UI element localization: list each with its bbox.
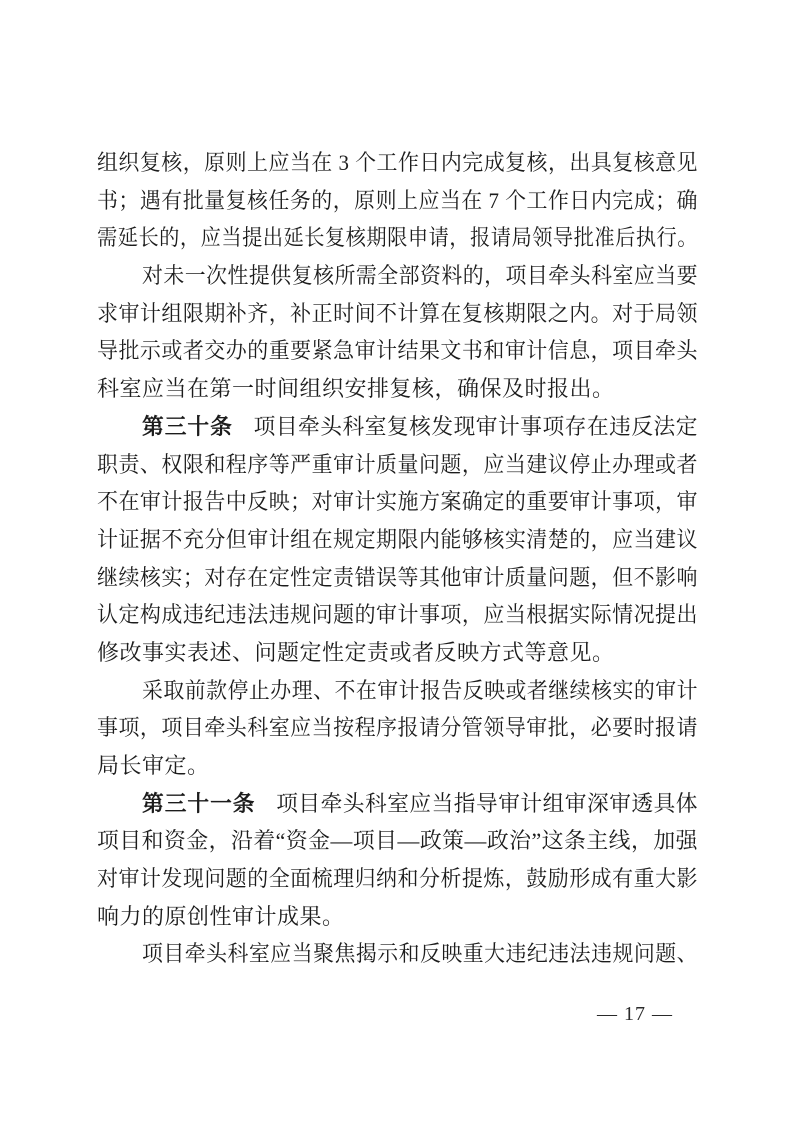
text-line: 采取前款停止办理、不在审计报告反映或者继续核实的审计 xyxy=(97,672,698,710)
text-line: 继续核实；对存在定性定责错误等其他审计质量问题，但不影响 xyxy=(97,559,698,597)
text-line: 职责、权限和程序等严重审计质量问题，应当建议停止办理或者 xyxy=(97,446,698,484)
text-line: 需延长的，应当提出延长复核期限申请，报请局领导批准后执行。 xyxy=(97,219,698,257)
text-line: 对未一次性提供复核所需全部资料的，项目牵头科室应当要 xyxy=(97,257,698,295)
document-body: 组织复核，原则上应当在 3 个工作日内完成复核，出具复核意见书；遇有批量复核任务… xyxy=(97,144,698,973)
text-line: 书；遇有批量复核任务的，原则上应当在 7 个工作日内完成；确 xyxy=(97,182,698,220)
text-line: 导批示或者交办的重要紧急审计结果文书和审计信息，项目牵头 xyxy=(97,332,698,370)
document-page: 组织复核，原则上应当在 3 个工作日内完成复核，出具复核意见书；遇有批量复核任务… xyxy=(0,0,793,1122)
text-line: 计证据不充分但审计组在规定期限内能够核实清楚的，应当建议 xyxy=(97,521,698,559)
text-line: 项目牵头科室应当聚焦揭示和反映重大违纪违法违规问题、 xyxy=(97,935,698,973)
text-line: 认定构成违纪违法违规问题的审计事项，应当根据实际情况提出 xyxy=(97,596,698,634)
text-line: 求审计组限期补齐，补正时间不计算在复核期限之内。对于局领 xyxy=(97,295,698,333)
text-line: 修改事实表述、问题定性定责或者反映方式等意见。 xyxy=(97,634,698,672)
text-line: 响力的原创性审计成果。 xyxy=(97,898,698,936)
article-number: 第三十条 xyxy=(142,414,233,439)
page-number: — 17 — xyxy=(585,1000,685,1028)
text-line: 对审计发现问题的全面梳理归纳和分析提炼，鼓励形成有重大影 xyxy=(97,860,698,898)
text-line: 组织复核，原则上应当在 3 个工作日内完成复核，出具复核意见 xyxy=(97,144,698,182)
text-line: 第三十一条项目牵头科室应当指导审计组审深审透具体 xyxy=(97,785,698,823)
text-line: 局长审定。 xyxy=(97,747,698,785)
text-line: 项目和资金，沿着“资金—项目—政策—政治”这条主线，加强 xyxy=(97,822,698,860)
text-line: 第三十条项目牵头科室复核发现审计事项存在违反法定 xyxy=(97,408,698,446)
text-line: 事项，项目牵头科室应当按程序报请分管领导审批，必要时报请 xyxy=(97,709,698,747)
text-line: 科室应当在第一时间组织安排复核，确保及时报出。 xyxy=(97,370,698,408)
text-line: 不在审计报告中反映；对审计实施方案确定的重要审计事项，审 xyxy=(97,483,698,521)
article-number: 第三十一条 xyxy=(142,791,255,816)
